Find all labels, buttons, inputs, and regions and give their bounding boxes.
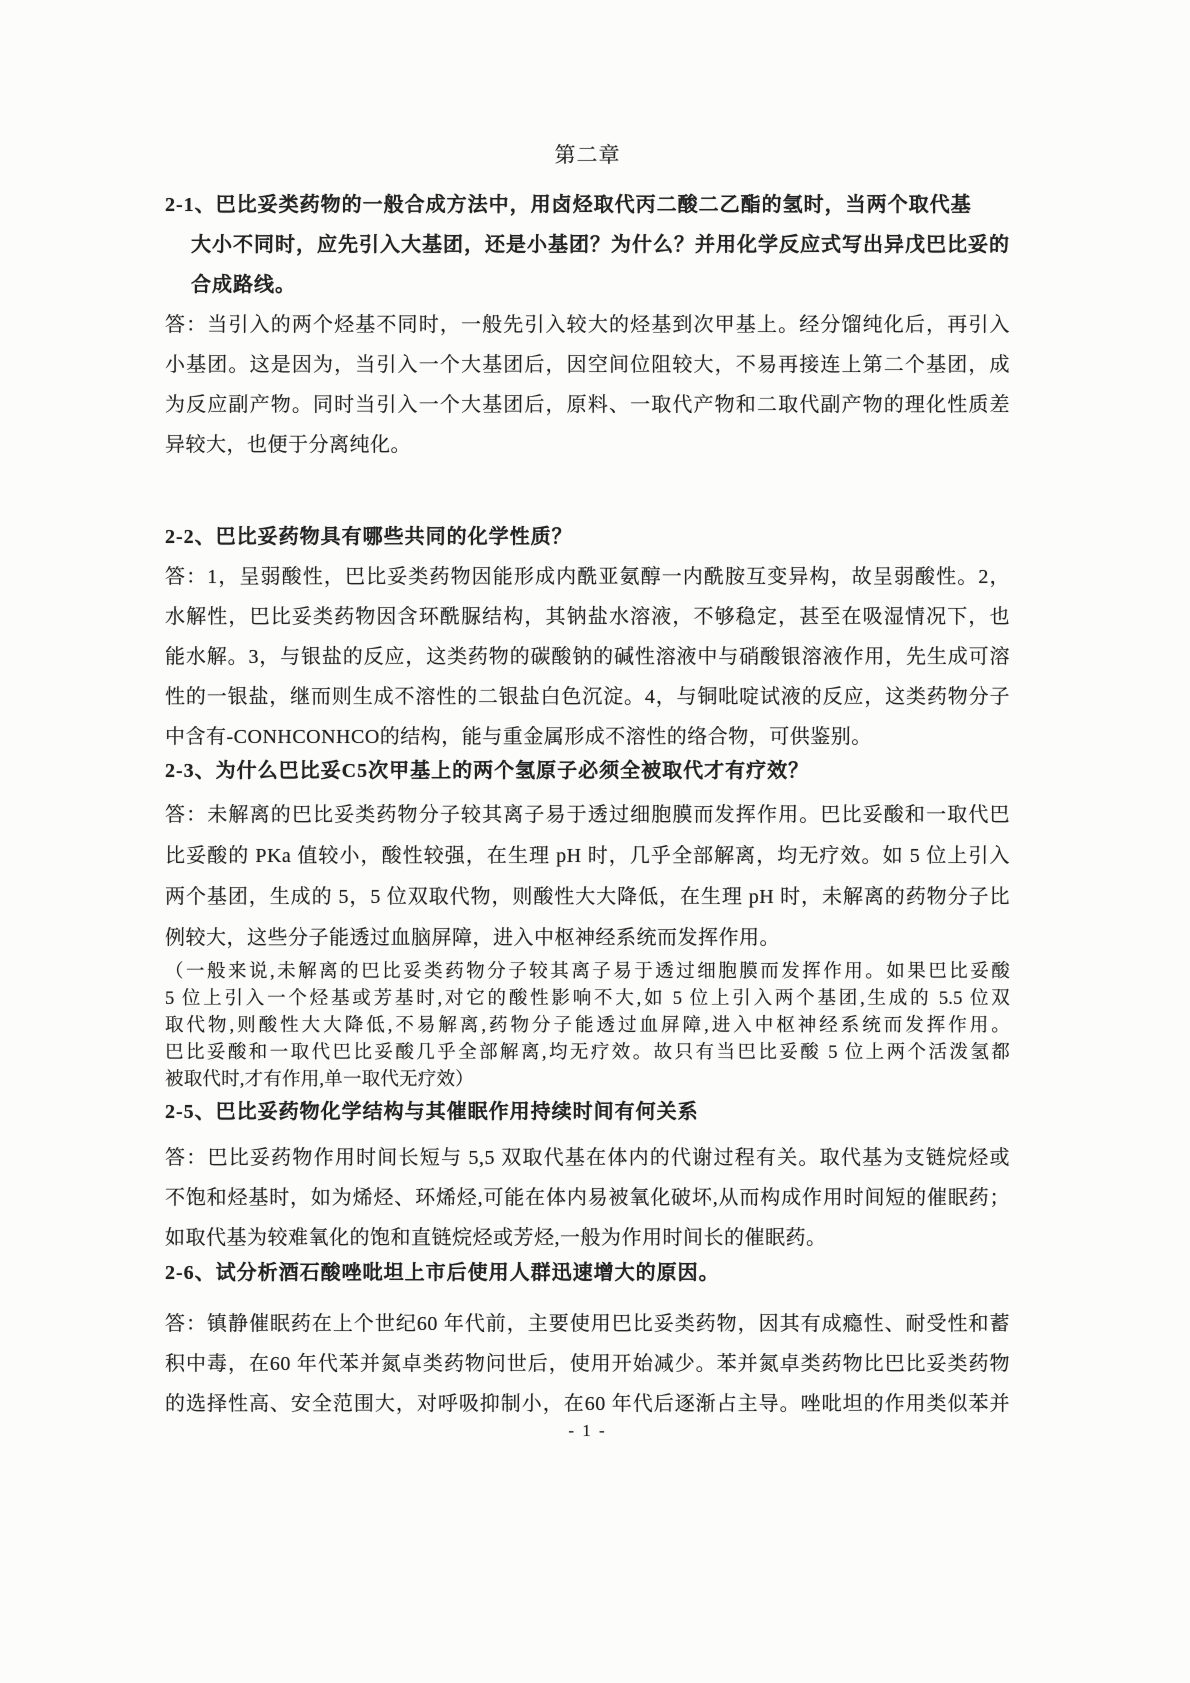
answer-2-1-line-2: 小基团。这是因为，当引入一个大基团后，因空间位阻较大，不易再接连上第二个基团，成 [165,345,1010,385]
answer-2-3-line-4: 例较大，这些分子能透过血脑屏障，进入中枢神经系统而发挥作用。 [165,918,1010,959]
document-page: 第二章 2-1、巴比妥类药物的一般合成方法中，用卤烃取代丙二酸二乙酯的氢时，当两… [0,0,1190,1683]
question-2-5-line-1: 2-5、巴比妥药物化学结构与其催眠作用持续时间有何关系 [165,1094,1010,1130]
answer-2-1-line-3: 为反应副产物。同时当引入一个大基团后，原料、一取代产物和二取代副产物的理化性质差 [165,385,1010,425]
question-2-3: 2-3、为什么巴比妥C5次甲基上的两个氢原子必须全被取代才有疗效？ [165,753,1010,789]
chapter-title: 第二章 [165,0,1010,170]
question-2-2-line-1: 2-2、巴比妥药物具有哪些共同的化学性质？ [165,517,1010,557]
note-line-4: 巴比妥酸和一取代巴比妥酸几乎全部解离,均无疗效。故只有当巴比妥酸 5 位上两个活… [165,1040,1010,1067]
answer-2-3-line-2: 比妥酸的 PKa 值较小，酸性较强，在生理 pH 时，几乎全部解离，均无疗效。如… [165,836,1010,877]
answer-2-3-line-3: 两个基团，生成的 5，5 位双取代物，则酸性大大降低，在生理 pH 时，未解离的… [165,877,1010,918]
answer-2-1-line-1: 答：当引入的两个烃基不同时，一般先引入较大的烃基到次甲基上。经分馏纯化后，再引入 [165,305,1010,345]
answer-2-2-line-4: 性的一银盐，继而则生成不溶性的二银盐白色沉淀。4，与铜吡啶试液的反应，这类药物分… [165,677,1010,717]
answer-2-2-line-3: 能水解。3，与银盐的反应，这类药物的碳酸钠的碱性溶液中与硝酸银溶液作用，先生成可… [165,637,1010,677]
answer-2-1: 答：当引入的两个烃基不同时，一般先引入较大的烃基到次甲基上。经分馏纯化后，再引入… [165,305,1010,465]
note-line-2: 5 位上引入一个烃基或芳基时,对它的酸性影响不大,如 5 位上引入两个基团,生成… [165,986,1010,1013]
question-2-3-line-1: 2-3、为什么巴比妥C5次甲基上的两个氢原子必须全被取代才有疗效？ [165,753,1010,789]
answer-2-5: 答：巴比妥药物作用时间长短与 5,5 双取代基在体内的代谢过程有关。取代基为支链… [165,1138,1010,1258]
answer-2-2-line-1: 答：1，呈弱酸性，巴比妥类药物因能形成内酰亚氨醇一内酰胺互变异构，故呈弱酸性。2… [165,557,1010,597]
note-line-1: （一般来说,未解离的巴比妥类药物分子较其离子易于透过细胞膜而发挥作用。如果巴比妥… [165,959,1010,986]
answer-2-3-note: （一般来说,未解离的巴比妥类药物分子较其离子易于透过细胞膜而发挥作用。如果巴比妥… [165,959,1010,1094]
answer-2-3: 答：未解离的巴比妥类药物分子较其离子易于透过细胞膜而发挥作用。巴比妥酸和一取代巴… [165,795,1010,959]
question-2-1: 2-1、巴比妥类药物的一般合成方法中，用卤烃取代丙二酸二乙酯的氢时，当两个取代基… [165,185,1010,305]
question-2-5: 2-5、巴比妥药物化学结构与其催眠作用持续时间有何关系 [165,1094,1010,1130]
answer-2-6: 答：镇静催眠药在上个世纪60 年代前，主要使用巴比妥类药物，因其有成瘾性、耐受性… [165,1304,1010,1424]
question-2-1-line-2: 大小不同时，应先引入大基团，还是小基团？为什么？并用化学反应式写出异戊巴比妥的 [165,225,1010,265]
question-2-1-line-3: 合成路线。 [165,265,1010,305]
answer-2-6-line-1: 答：镇静催眠药在上个世纪60 年代前，主要使用巴比妥类药物，因其有成瘾性、耐受性… [165,1304,1010,1344]
answer-2-6-line-2: 积中毒，在60 年代苯并氮卓类药物问世后，使用开始减少。苯并氮卓类药物比巴比妥类… [165,1344,1010,1384]
answer-2-2-line-2: 水解性，巴比妥类药物因含环酰脲结构，其钠盐水溶液，不够稳定，甚至在吸湿情况下，也 [165,597,1010,637]
answer-2-5-line-3: 如取代基为较难氧化的饱和直链烷烃或芳烃,一般为作用时间长的催眠药。 [165,1218,1010,1258]
question-2-2: 2-2、巴比妥药物具有哪些共同的化学性质？ [165,517,1010,557]
answer-2-5-line-2: 不饱和烃基时，如为烯烃、环烯烃,可能在体内易被氧化破坏,从而构成作用时间短的催眠… [165,1178,1010,1218]
answer-2-5-line-1: 答：巴比妥药物作用时间长短与 5,5 双取代基在体内的代谢过程有关。取代基为支链… [165,1138,1010,1178]
question-2-6: 2-6、试分析酒石酸唑吡坦上市后使用人群迅速增大的原因。 [165,1254,1010,1292]
note-line-5: 被取代时,才有作用,单一取代无疗效） [165,1067,1010,1094]
answer-2-3-line-1: 答：未解离的巴比妥类药物分子较其离子易于透过细胞膜而发挥作用。巴比妥酸和一取代巴 [165,795,1010,836]
answer-2-2-line-5: 中含有-CONHCONHCO的结构，能与重金属形成不溶性的络合物，可供鉴别。 [165,717,1010,757]
answer-2-2: 答：1，呈弱酸性，巴比妥类药物因能形成内酰亚氨醇一内酰胺互变异构，故呈弱酸性。2… [165,557,1010,757]
answer-2-1-line-4: 异较大，也便于分离纯化。 [165,425,1010,465]
page-content: 第二章 2-1、巴比妥类药物的一般合成方法中，用卤烃取代丙二酸二乙酯的氢时，当两… [165,0,1010,1444]
question-2-1-line-1: 2-1、巴比妥类药物的一般合成方法中，用卤烃取代丙二酸二乙酯的氢时，当两个取代基 [165,185,1010,225]
question-2-6-line-1: 2-6、试分析酒石酸唑吡坦上市后使用人群迅速增大的原因。 [165,1254,1010,1292]
note-line-3: 取代物,则酸性大大降低,不易解离,药物分子能透过血屏障,进入中枢神经系统而发挥作… [165,1013,1010,1040]
